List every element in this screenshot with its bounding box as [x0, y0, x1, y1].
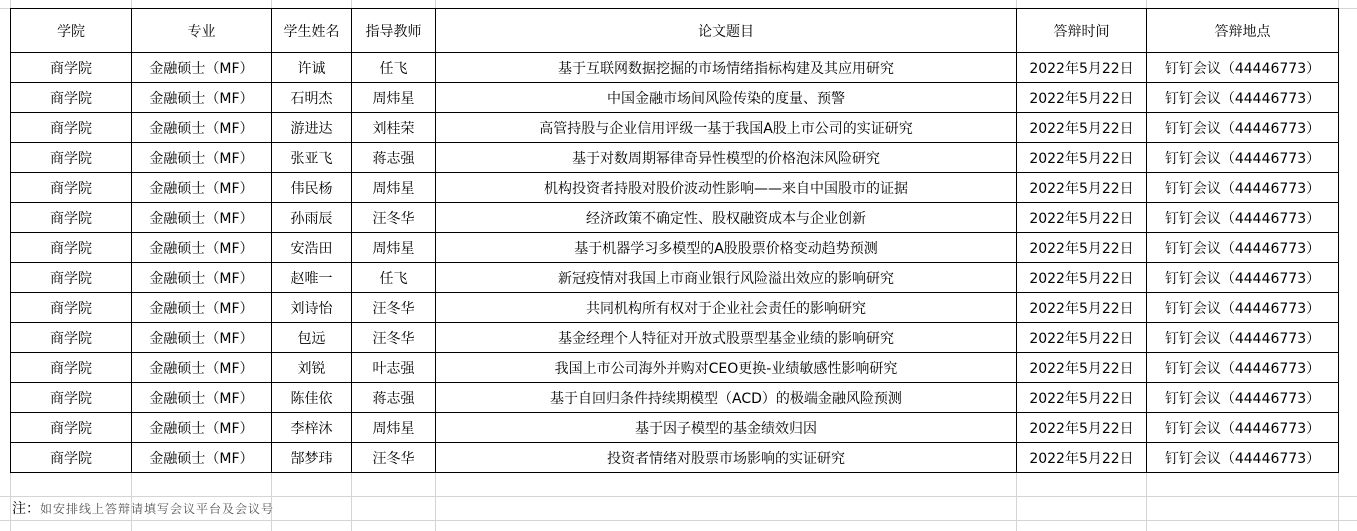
column-header-defense-location[interactable]: 答辩地点 [1147, 9, 1339, 53]
cell-defense-location[interactable]: 钉钉会议（44446773） [1147, 233, 1339, 263]
cell-defense-time[interactable]: 2022年5月22日 [1017, 233, 1147, 263]
cell-defense-time[interactable]: 2022年5月22日 [1017, 263, 1147, 293]
cell-college[interactable]: 商学院 [11, 413, 132, 443]
column-header-thesis-title[interactable]: 论文题目 [436, 9, 1017, 53]
table-row: 商学院金融硕士（MF）陈佳依蒋志强基于自回归条件持续期模型（ACD）的极端金融风… [11, 383, 1339, 413]
cell-defense-location[interactable]: 钉钉会议（44446773） [1147, 143, 1339, 173]
cell-college[interactable]: 商学院 [11, 233, 132, 263]
table-row: 商学院金融硕士（MF）游进达刘桂荣高管持股与企业信用评级一基于我国A股上市公司的… [11, 113, 1339, 143]
cell-thesis-title[interactable]: 基于自回归条件持续期模型（ACD）的极端金融风险预测 [436, 383, 1017, 413]
cell-defense-time[interactable]: 2022年5月22日 [1017, 173, 1147, 203]
cell-defense-time[interactable]: 2022年5月22日 [1017, 383, 1147, 413]
cell-defense-location[interactable]: 钉钉会议（44446773） [1147, 443, 1339, 473]
cell-student-name[interactable]: 陈佳依 [272, 383, 352, 413]
cell-defense-time[interactable]: 2022年5月22日 [1017, 113, 1147, 143]
cell-thesis-title[interactable]: 新冠疫情对我国上市商业银行风险溢出效应的影响研究 [436, 263, 1017, 293]
cell-major[interactable]: 金融硕士（MF） [132, 413, 272, 443]
cell-defense-time[interactable]: 2022年5月22日 [1017, 353, 1147, 383]
cell-advisor[interactable]: 汪冬华 [352, 293, 436, 323]
cell-student-name[interactable]: 包远 [272, 323, 352, 353]
note-text: 如安排线上答辩请填写会议平台及会议号 [40, 502, 274, 516]
table-row: 商学院金融硕士（MF）赵唯一任飞新冠疫情对我国上市商业银行风险溢出效应的影响研究… [11, 263, 1339, 293]
cell-advisor[interactable]: 周炜星 [352, 233, 436, 263]
cell-student-name[interactable]: 李梓沐 [272, 413, 352, 443]
cell-thesis-title[interactable]: 经济政策不确定性、股权融资成本与企业创新 [436, 203, 1017, 233]
cell-college[interactable]: 商学院 [11, 143, 132, 173]
cell-college[interactable]: 商学院 [11, 203, 132, 233]
cell-student-name[interactable]: 伟民杨 [272, 173, 352, 203]
cell-advisor[interactable]: 汪冬华 [352, 323, 436, 353]
column-header-student-name[interactable]: 学生姓名 [272, 9, 352, 53]
cell-thesis-title[interactable]: 中国金融市场间风险传染的度量、预警 [436, 83, 1017, 113]
cell-advisor[interactable]: 蒋志强 [352, 383, 436, 413]
cell-defense-location[interactable]: 钉钉会议（44446773） [1147, 203, 1339, 233]
table-row: 商学院金融硕士（MF）孙雨辰汪冬华经济政策不确定性、股权融资成本与企业创新202… [11, 203, 1339, 233]
cell-college[interactable]: 商学院 [11, 263, 132, 293]
cell-advisor[interactable]: 周炜星 [352, 83, 436, 113]
cell-college[interactable]: 商学院 [11, 83, 132, 113]
cell-advisor[interactable]: 任飞 [352, 53, 436, 83]
note-label: 注： [12, 501, 40, 517]
cell-defense-time[interactable]: 2022年5月22日 [1017, 293, 1147, 323]
table-row: 商学院金融硕士（MF）安浩田周炜星基于机器学习多模型的A股股票价格变动趋势预测2… [11, 233, 1339, 263]
cell-college[interactable]: 商学院 [11, 443, 132, 473]
cell-major[interactable]: 金融硕士（MF） [132, 443, 272, 473]
cell-college[interactable]: 商学院 [11, 323, 132, 353]
cell-student-name[interactable]: 石明杰 [272, 83, 352, 113]
table-row: 商学院金融硕士（MF）石明杰周炜星中国金融市场间风险传染的度量、预警2022年5… [11, 83, 1339, 113]
cell-defense-location[interactable]: 钉钉会议（44446773） [1147, 383, 1339, 413]
cell-defense-location[interactable]: 钉钉会议（44446773） [1147, 173, 1339, 203]
cell-thesis-title[interactable]: 基于因子模型的基金绩效归因 [436, 413, 1017, 443]
cell-defense-location[interactable]: 钉钉会议（44446773） [1147, 83, 1339, 113]
cell-advisor[interactable]: 蒋志强 [352, 143, 436, 173]
cell-advisor[interactable]: 汪冬华 [352, 443, 436, 473]
cell-major[interactable]: 金融硕士（MF） [132, 53, 272, 83]
cell-thesis-title[interactable]: 高管持股与企业信用评级一基于我国A股上市公司的实证研究 [436, 113, 1017, 143]
table-row: 商学院金融硕士（MF）郜梦玮汪冬华投资者情绪对股票市场影响的实证研究2022年5… [11, 443, 1339, 473]
cell-college[interactable]: 商学院 [11, 53, 132, 83]
cell-thesis-title[interactable]: 基金经理个人特征对开放式股票型基金业绩的影响研究 [436, 323, 1017, 353]
cell-thesis-title[interactable]: 机构投资者持股对股价波动性影响——来自中国股市的证据 [436, 173, 1017, 203]
cell-advisor[interactable]: 周炜星 [352, 173, 436, 203]
column-header-defense-time[interactable]: 答辩时间 [1017, 9, 1147, 53]
cell-defense-location[interactable]: 钉钉会议（44446773） [1147, 323, 1339, 353]
cell-defense-time[interactable]: 2022年5月22日 [1017, 323, 1147, 353]
cell-major[interactable]: 金融硕士（MF） [132, 203, 272, 233]
cell-advisor[interactable]: 刘桂荣 [352, 113, 436, 143]
cell-major[interactable]: 金融硕士（MF） [132, 263, 272, 293]
cell-major[interactable]: 金融硕士（MF） [132, 323, 272, 353]
cell-defense-time[interactable]: 2022年5月22日 [1017, 203, 1147, 233]
cell-major[interactable]: 金融硕士（MF） [132, 353, 272, 383]
cell-major[interactable]: 金融硕士（MF） [132, 383, 272, 413]
defense-schedule-table: 学院 专业 学生姓名 指导教师 论文题目 答辩时间 答辩地点 商学院金融硕士（M… [10, 8, 1339, 473]
cell-student-name[interactable]: 游进达 [272, 113, 352, 143]
cell-defense-time[interactable]: 2022年5月22日 [1017, 83, 1147, 113]
cell-thesis-title[interactable]: 基于机器学习多模型的A股股票价格变动趋势预测 [436, 233, 1017, 263]
cell-major[interactable]: 金融硕士（MF） [132, 293, 272, 323]
cell-college[interactable]: 商学院 [11, 293, 132, 323]
cell-defense-time[interactable]: 2022年5月22日 [1017, 143, 1147, 173]
footnote-cell[interactable]: 注：如安排线上答辩请填写会议平台及会议号 [12, 498, 274, 520]
cell-major[interactable]: 金融硕士（MF） [132, 83, 272, 113]
cell-defense-location[interactable]: 钉钉会议（44446773） [1147, 263, 1339, 293]
cell-major[interactable]: 金融硕士（MF） [132, 233, 272, 263]
cell-student-name[interactable]: 赵唯一 [272, 263, 352, 293]
cell-major[interactable]: 金融硕士（MF） [132, 113, 272, 143]
cell-thesis-title[interactable]: 共同机构所有权对于企业社会责任的影响研究 [436, 293, 1017, 323]
table-row: 商学院金融硕士（MF）伟民杨周炜星机构投资者持股对股价波动性影响——来自中国股市… [11, 173, 1339, 203]
cell-defense-location[interactable]: 钉钉会议（44446773） [1147, 353, 1339, 383]
cell-student-name[interactable]: 刘诗怡 [272, 293, 352, 323]
cell-advisor[interactable]: 汪冬华 [352, 203, 436, 233]
table-row: 商学院金融硕士（MF）许诚任飞基于互联网数据挖掘的市场情绪指标构建及其应用研究2… [11, 53, 1339, 83]
cell-defense-time[interactable]: 2022年5月22日 [1017, 53, 1147, 83]
cell-advisor[interactable]: 周炜星 [352, 413, 436, 443]
cell-thesis-title[interactable]: 基于互联网数据挖掘的市场情绪指标构建及其应用研究 [436, 53, 1017, 83]
cell-defense-location[interactable]: 钉钉会议（44446773） [1147, 413, 1339, 443]
table-row: 商学院金融硕士（MF）刘锐叶志强我国上市公司海外并购对CEO更换-业绩敏感性影响… [11, 353, 1339, 383]
cell-student-name[interactable]: 郜梦玮 [272, 443, 352, 473]
table-row: 商学院金融硕士（MF）李梓沐周炜星基于因子模型的基金绩效归因2022年5月22日… [11, 413, 1339, 443]
cell-college[interactable]: 商学院 [11, 113, 132, 143]
column-header-college[interactable]: 学院 [11, 9, 132, 53]
header-row: 学院 专业 学生姓名 指导教师 论文题目 答辩时间 答辩地点 [11, 9, 1339, 53]
column-header-advisor[interactable]: 指导教师 [352, 9, 436, 53]
cell-advisor[interactable]: 叶志强 [352, 353, 436, 383]
cell-defense-location[interactable]: 钉钉会议（44446773） [1147, 53, 1339, 83]
cell-thesis-title[interactable]: 投资者情绪对股票市场影响的实证研究 [436, 443, 1017, 473]
cell-student-name[interactable]: 刘锐 [272, 353, 352, 383]
cell-thesis-title[interactable]: 我国上市公司海外并购对CEO更换-业绩敏感性影响研究 [436, 353, 1017, 383]
cell-college[interactable]: 商学院 [11, 173, 132, 203]
cell-college[interactable]: 商学院 [11, 383, 132, 413]
cell-defense-time[interactable]: 2022年5月22日 [1017, 443, 1147, 473]
cell-thesis-title[interactable]: 基于对数周期幂律奇异性模型的价格泡沫风险研究 [436, 143, 1017, 173]
cell-student-name[interactable]: 许诚 [272, 53, 352, 83]
cell-student-name[interactable]: 张亚飞 [272, 143, 352, 173]
table-row: 商学院金融硕士（MF）张亚飞蒋志强基于对数周期幂律奇异性模型的价格泡沫风险研究2… [11, 143, 1339, 173]
cell-student-name[interactable]: 孙雨辰 [272, 203, 352, 233]
cell-defense-location[interactable]: 钉钉会议（44446773） [1147, 293, 1339, 323]
cell-major[interactable]: 金融硕士（MF） [132, 143, 272, 173]
cell-advisor[interactable]: 任飞 [352, 263, 436, 293]
cell-college[interactable]: 商学院 [11, 353, 132, 383]
cell-defense-time[interactable]: 2022年5月22日 [1017, 413, 1147, 443]
cell-major[interactable]: 金融硕士（MF） [132, 173, 272, 203]
column-header-major[interactable]: 专业 [132, 9, 272, 53]
cell-defense-location[interactable]: 钉钉会议（44446773） [1147, 113, 1339, 143]
table-row: 商学院金融硕士（MF）包远汪冬华基金经理个人特征对开放式股票型基金业绩的影响研究… [11, 323, 1339, 353]
cell-student-name[interactable]: 安浩田 [272, 233, 352, 263]
table-row: 商学院金融硕士（MF）刘诗怡汪冬华共同机构所有权对于企业社会责任的影响研究202… [11, 293, 1339, 323]
